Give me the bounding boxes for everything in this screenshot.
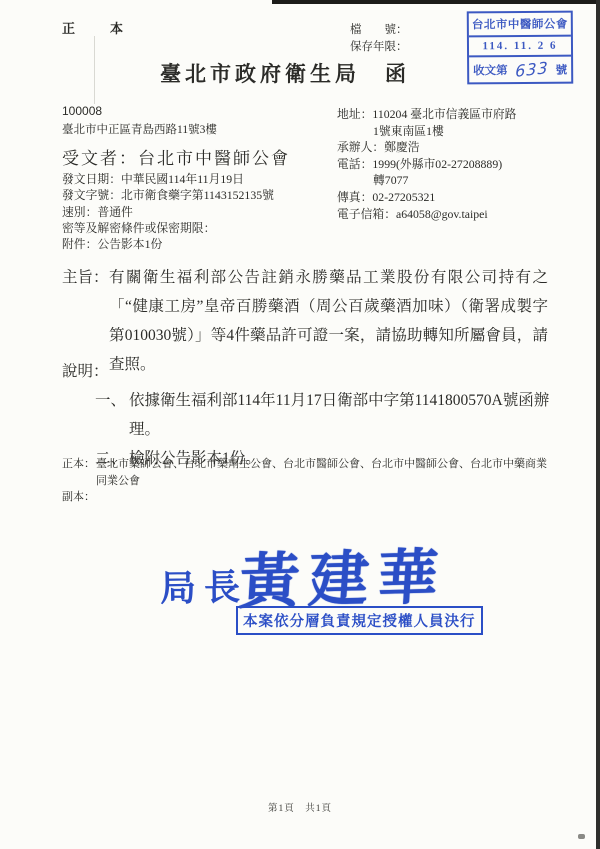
issue-number-line: 發文字號：北市衛食藥字第1143152135號: [62, 187, 274, 203]
document-title: 臺北市政府衛生局 函: [0, 58, 570, 88]
scan-artifact-top-edge: [272, 0, 600, 4]
issue-date-line: 發文日期：中華民國114年11月19日: [62, 171, 274, 187]
signer-title: 局長: [160, 559, 249, 612]
received-stamp-org: 台北市中醫師公會: [469, 13, 571, 38]
copy-recipients-row: 副本：: [62, 489, 552, 506]
copy-recipients-list: [96, 489, 552, 506]
email-line: 電子信箱：a64058@gov.taipei: [337, 206, 572, 223]
distribution-block: 正本： 臺北市藥師公會、台北市藥劑生公會、台北市醫師公會、台北市中醫師公會、台北…: [62, 456, 552, 506]
original-recipients-row: 正本： 臺北市藥師公會、台北市藥劑生公會、台北市醫師公會、台北市中醫師公會、台北…: [62, 456, 552, 489]
signature-stamp: 局長 黃建華 本案依分層負責規定授權人員決行: [140, 530, 480, 650]
scan-artifact-speck: [578, 834, 585, 839]
received-stamp-date: 114. 11. 2 6: [469, 37, 571, 58]
scan-artifact-right-edge: [596, 0, 600, 849]
file-number-label: 檔 號：: [350, 22, 408, 39]
recipient-address: 臺北市中正區青島西路11號3樓: [62, 121, 290, 137]
explanation-item-1-number: 一、: [95, 386, 129, 444]
scanned-official-letter: 正 本 檔 號： 保存年限： 台北市中醫師公會 114. 11. 2 6 收文第…: [0, 0, 600, 849]
priority-line: 速別：普通件: [62, 204, 274, 220]
sender-address-line2: 1號東南區1樓: [337, 123, 572, 140]
copy-recipients-label: 副本：: [62, 489, 96, 506]
copy-type-label: 正 本: [62, 18, 134, 37]
phone-line1: 電話：1999(外縣市02-27208889): [337, 156, 572, 173]
delegation-authority-box: 本案依分層負責規定授權人員決行: [236, 606, 483, 635]
retention-period-label: 保存年限：: [350, 39, 408, 56]
recipient-block: 100008 臺北市中正區青島西路11號3樓 受文者：台北市中醫師公會: [62, 104, 290, 169]
meta-left-column: 發文日期：中華民國114年11月19日 發文字號：北市衛食藥字第11431521…: [62, 171, 274, 252]
classification-line: 密等及解密條件或保密期限：: [62, 220, 274, 236]
recipient-line: 受文者：台北市中醫師公會: [62, 144, 290, 169]
page-number: 第1頁 共1頁: [0, 800, 600, 814]
contact-person-line: 承辦人：鄭慶浩: [337, 139, 572, 156]
file-labels: 檔 號： 保存年限：: [350, 22, 408, 56]
recipient-zip: 100008: [62, 104, 290, 118]
explanation-item-1: 一、 依據衛生福利部114年11月17日衛部中字第1141800570A號函辦理…: [95, 386, 550, 444]
original-recipients-label: 正本：: [62, 456, 96, 489]
meta-right-column: 地址：110204 臺北市信義區市府路 1號東南區1樓 承辦人：鄭慶浩 電話：1…: [337, 106, 572, 222]
explanation-item-1-text: 依據衛生福利部114年11月17日衛部中字第1141800570A號函辦理。: [129, 386, 550, 444]
explanation-label: 說明：: [62, 357, 550, 386]
attachment-line: 附件：公告影本1份: [62, 236, 274, 252]
original-recipients-list: 臺北市藥師公會、台北市藥劑生公會、台北市醫師公會、台北市中醫師公會、台北市中藥商…: [96, 456, 552, 489]
phone-line2: 轉7077: [337, 172, 572, 189]
sender-address-line1: 地址：110204 臺北市信義區市府路: [337, 106, 572, 123]
fax-line: 傳真：02-27205321: [337, 189, 572, 206]
